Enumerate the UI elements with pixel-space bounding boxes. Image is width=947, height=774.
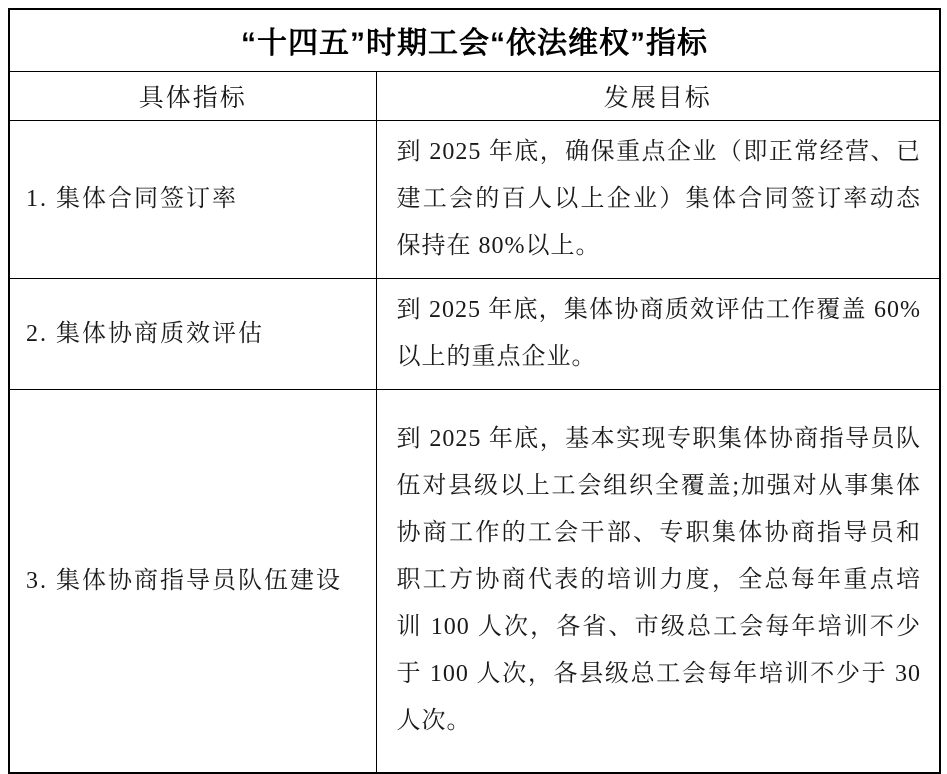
target-cell-2: 到 2025 年底，集体协商质效评估工作覆盖 60%以上的重点企业。	[376, 278, 940, 389]
indicator-table: “十四五”时期工会“依法维权”指标 具体指标 发展目标 1. 集体合同签订率 到…	[8, 8, 941, 774]
document-page: “十四五”时期工会“依法维权”指标 具体指标 发展目标 1. 集体合同签订率 到…	[0, 0, 947, 760]
column-header-target: 发展目标	[376, 71, 940, 120]
column-header-indicator: 具体指标	[9, 71, 376, 120]
title-row: “十四五”时期工会“依法维权”指标	[9, 9, 940, 71]
indicator-cell-2: 2. 集体协商质效评估	[9, 278, 376, 389]
table-title: “十四五”时期工会“依法维权”指标	[9, 9, 940, 71]
header-row: 具体指标 发展目标	[9, 71, 940, 120]
table-row: 1. 集体合同签订率 到 2025 年底，确保重点企业（即正常经营、已建工会的百…	[9, 120, 940, 278]
indicator-cell-1: 1. 集体合同签订率	[9, 120, 376, 278]
target-cell-3: 到 2025 年底，基本实现专职集体协商指导员队伍对县级以上工会组织全覆盖;加强…	[376, 389, 940, 773]
target-cell-1: 到 2025 年底，确保重点企业（即正常经营、已建工会的百人以上企业）集体合同签…	[376, 120, 940, 278]
table-row: 2. 集体协商质效评估 到 2025 年底，集体协商质效评估工作覆盖 60%以上…	[9, 278, 940, 389]
indicator-cell-3: 3. 集体协商指导员队伍建设	[9, 389, 376, 773]
table-row: 3. 集体协商指导员队伍建设 到 2025 年底，基本实现专职集体协商指导员队伍…	[9, 389, 940, 773]
